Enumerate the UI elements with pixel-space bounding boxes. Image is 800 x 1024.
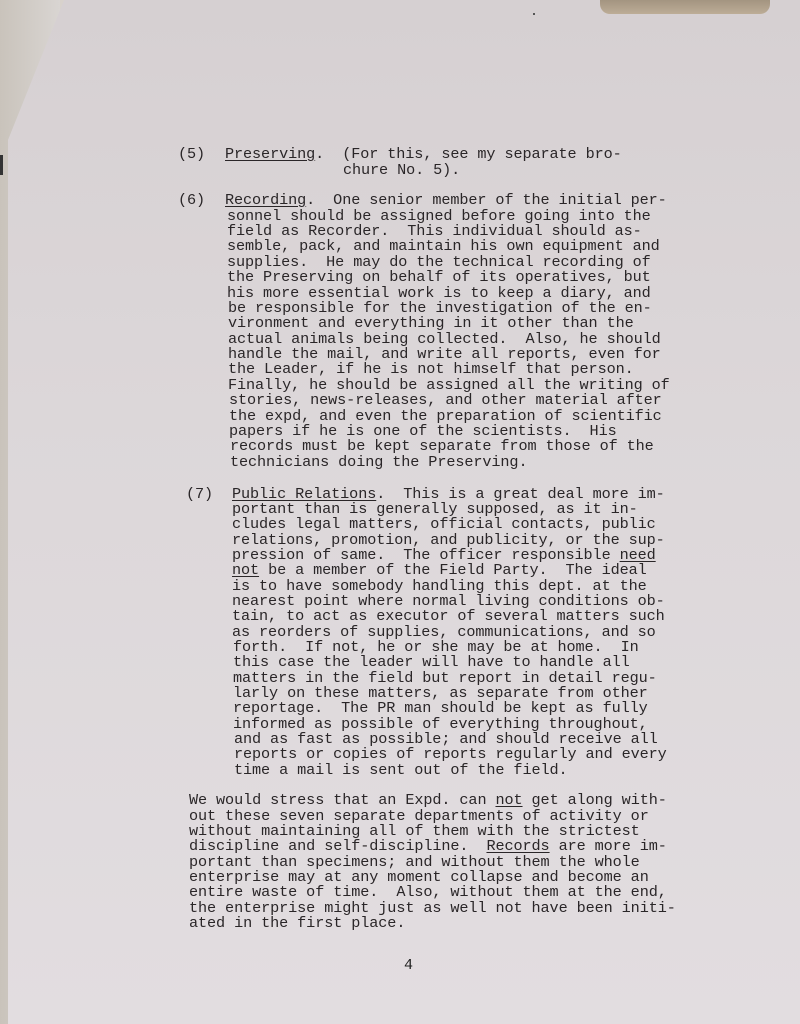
edge-mark bbox=[0, 155, 3, 175]
item-heading: Preserving bbox=[225, 145, 315, 163]
closing-line: ated in the first place. bbox=[189, 916, 405, 931]
item-number: (5) bbox=[178, 147, 205, 162]
heading-period: . bbox=[315, 145, 342, 163]
item-line: time a mail is sent out of the field. bbox=[234, 763, 568, 778]
item-number: (7) bbox=[186, 487, 213, 502]
item-line: chure No. 5). bbox=[343, 163, 460, 178]
tape-strip bbox=[600, 0, 770, 14]
item-number: (6) bbox=[178, 193, 205, 208]
scan-speck bbox=[533, 13, 535, 15]
page-number: 4 bbox=[404, 957, 413, 974]
item-line: technicians doing the Preserving. bbox=[230, 455, 527, 470]
